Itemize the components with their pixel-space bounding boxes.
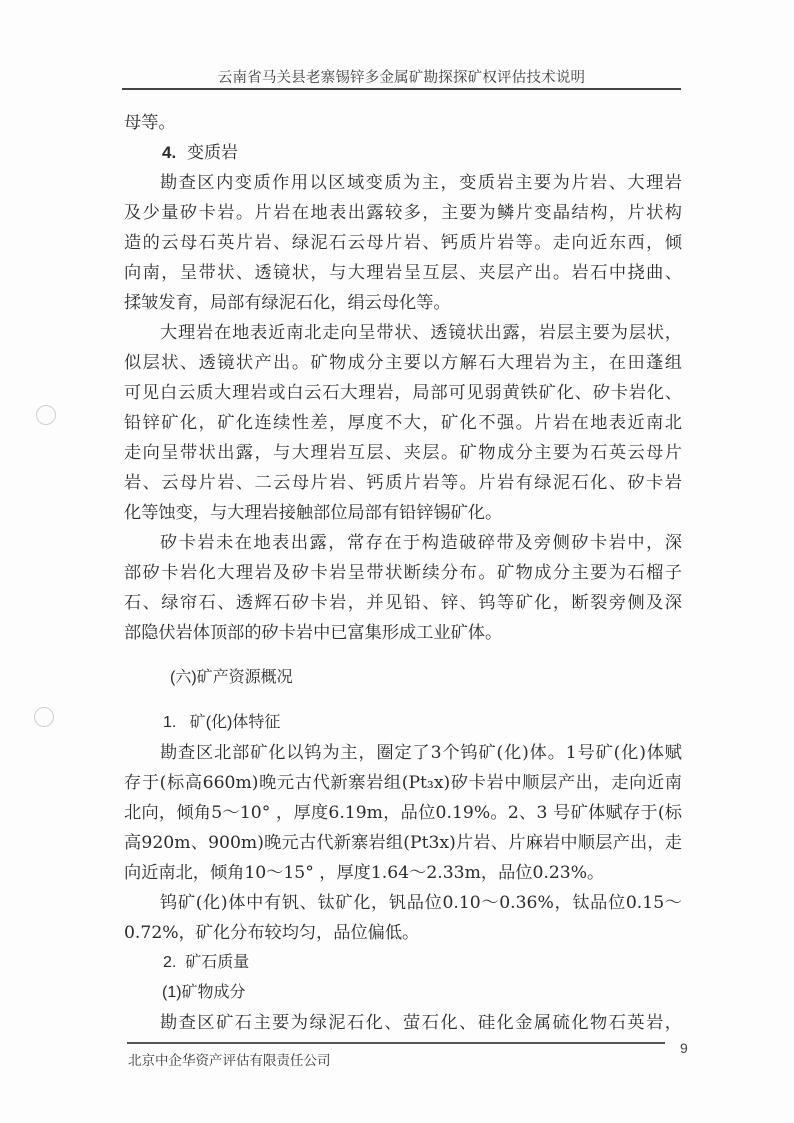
subsection-title: 矿(化)体特征 — [190, 714, 281, 731]
subsection-title: 矿石质量 — [185, 954, 249, 971]
paragraph-line: 岩、云母片岩、二云母片岩、钙质片岩等。片岩有绿泥石化、矽卡岩 — [124, 468, 682, 498]
subsection-heading-orebody: 1. 矿(化)体特征 — [124, 708, 682, 738]
subsection-heading-ore-quality: 2. 矿石质量 — [124, 948, 682, 978]
section-heading-mineral-resources: (六)矿产资源概况 — [124, 663, 682, 693]
paragraph-line: 石、绿帘石、透辉石矽卡岩，并见铅、锌、钨等矿化，断裂旁侧及深 — [124, 588, 682, 618]
paragraph-line: 北向，倾角5～10° ，厚度6.19m，品位0.19%。2、3 号矿体赋存于(标 — [124, 798, 682, 828]
subsection-title: 变质岩 — [187, 143, 238, 163]
paragraph-line: 钨矿(化)体中有钒、钛矿化，钒品位0.10～0.36%，钛品位0.15～ — [124, 888, 682, 918]
page-number: 9 — [680, 1040, 688, 1056]
paragraph-line: 造的云母石英片岩、绿泥石云母片岩、钙质片岩等。走向近东西，倾 — [124, 228, 682, 258]
paragraph-line: 存于(标高660m)晚元古代新寨岩组(Pt₃x)矽卡岩中顺层产出，走向近南 — [124, 768, 682, 798]
paragraph-line: 走向呈带状出露，与大理岩互层、夹层。矿物成分主要为石英云母片 — [124, 438, 682, 468]
paragraph-line: 向近南北，倾角10～15° ，厚度1.64～2.33m，品位0.23%。 — [124, 858, 682, 888]
punch-hole-mark — [36, 405, 56, 425]
punch-hole-mark — [34, 707, 54, 727]
paragraph-line: 0.72%，矿化分布较均匀，品位偏低。 — [124, 918, 682, 948]
paragraph-line: 似层状、透镜状产出。矿物成分主要以方解石大理岩为主，在田蓬组 — [124, 348, 682, 378]
paragraph-line: 可见白云质大理岩或白云石大理岩，局部可见弱黄铁矿化、矽卡岩化、 — [124, 378, 682, 408]
footer-company-name: 北京中企华资产评估有限责任公司 — [128, 1049, 331, 1069]
paragraph-line: 部隐伏岩体顶部的矽卡岩中已富集形成工业矿体。 — [124, 618, 682, 648]
paragraph-line: 勘查区内变质作用以区域变质为主，变质岩主要为片岩、大理岩 — [124, 168, 682, 198]
subsection-number: 2. — [163, 954, 176, 971]
body-text: 母等。 4. 变质岩 勘查区内变质作用以区域变质为主，变质岩主要为片岩、大理岩 … — [124, 108, 682, 1038]
paragraph-line: 勘查区北部矿化以钨为主，圈定了3个钨矿(化)体。1号矿(化)体赋 — [124, 738, 682, 768]
running-header-title: 云南省马关县老寨锡锌多金属矿勘探探矿权评估技术说明 — [122, 66, 681, 87]
header-divider — [122, 88, 681, 90]
paragraph-line: 矽卡岩未在地表出露，常存在于构造破碎带及旁侧矽卡岩中，深 — [124, 528, 682, 558]
paragraph-line: 向南，呈带状、透镜状，与大理岩呈互层、夹层产出。岩石中挠曲、 — [124, 258, 682, 288]
document-page: 云南省马关县老寨锡锌多金属矿勘探探矿权评估技术说明 母等。 4. 变质岩 勘查区… — [0, 0, 794, 1123]
paragraph-line: 母等。 — [124, 108, 682, 138]
subsection-number: 1. — [163, 714, 176, 731]
paragraph-line: 勘查区矿石主要为绿泥石化、萤石化、硅化金属硫化物石英岩， — [124, 1008, 682, 1038]
paragraph-line: 揉皱发育，局部有绿泥石化，绢云母化等。 — [124, 288, 682, 318]
paragraph-line: 大理岩在地表近南北走向呈带状、透镜状出露，岩层主要为层状， — [124, 318, 682, 348]
paragraph-line: 化等蚀变，与大理岩接触部位局部有铅锌锡矿化。 — [124, 498, 682, 528]
paragraph-line: 及少量矽卡岩。片岩在地表出露较多，主要为鳞片变晶结构，片状构 — [124, 198, 682, 228]
subsection-number: 4. — [162, 143, 176, 162]
paragraph-line: 部矽卡岩化大理岩及矽卡岩呈带状断续分布。矿物成分主要为石榴子 — [124, 558, 682, 588]
paragraph-line: 高920m、900m)晚元古代新寨岩组(Pt3x)片岩、片麻岩中顺层产出，走 — [124, 828, 682, 858]
subsection-heading-metamorphic-rock: 4. 变质岩 — [124, 138, 682, 168]
subsubsection-heading-mineral-composition: (1)矿物成分 — [124, 978, 682, 1008]
footer-divider — [127, 1042, 665, 1044]
paragraph-line: 铅锌矿化，矿化连续性差，厚度不大，矿化不强。片岩在地表近南北 — [124, 408, 682, 438]
